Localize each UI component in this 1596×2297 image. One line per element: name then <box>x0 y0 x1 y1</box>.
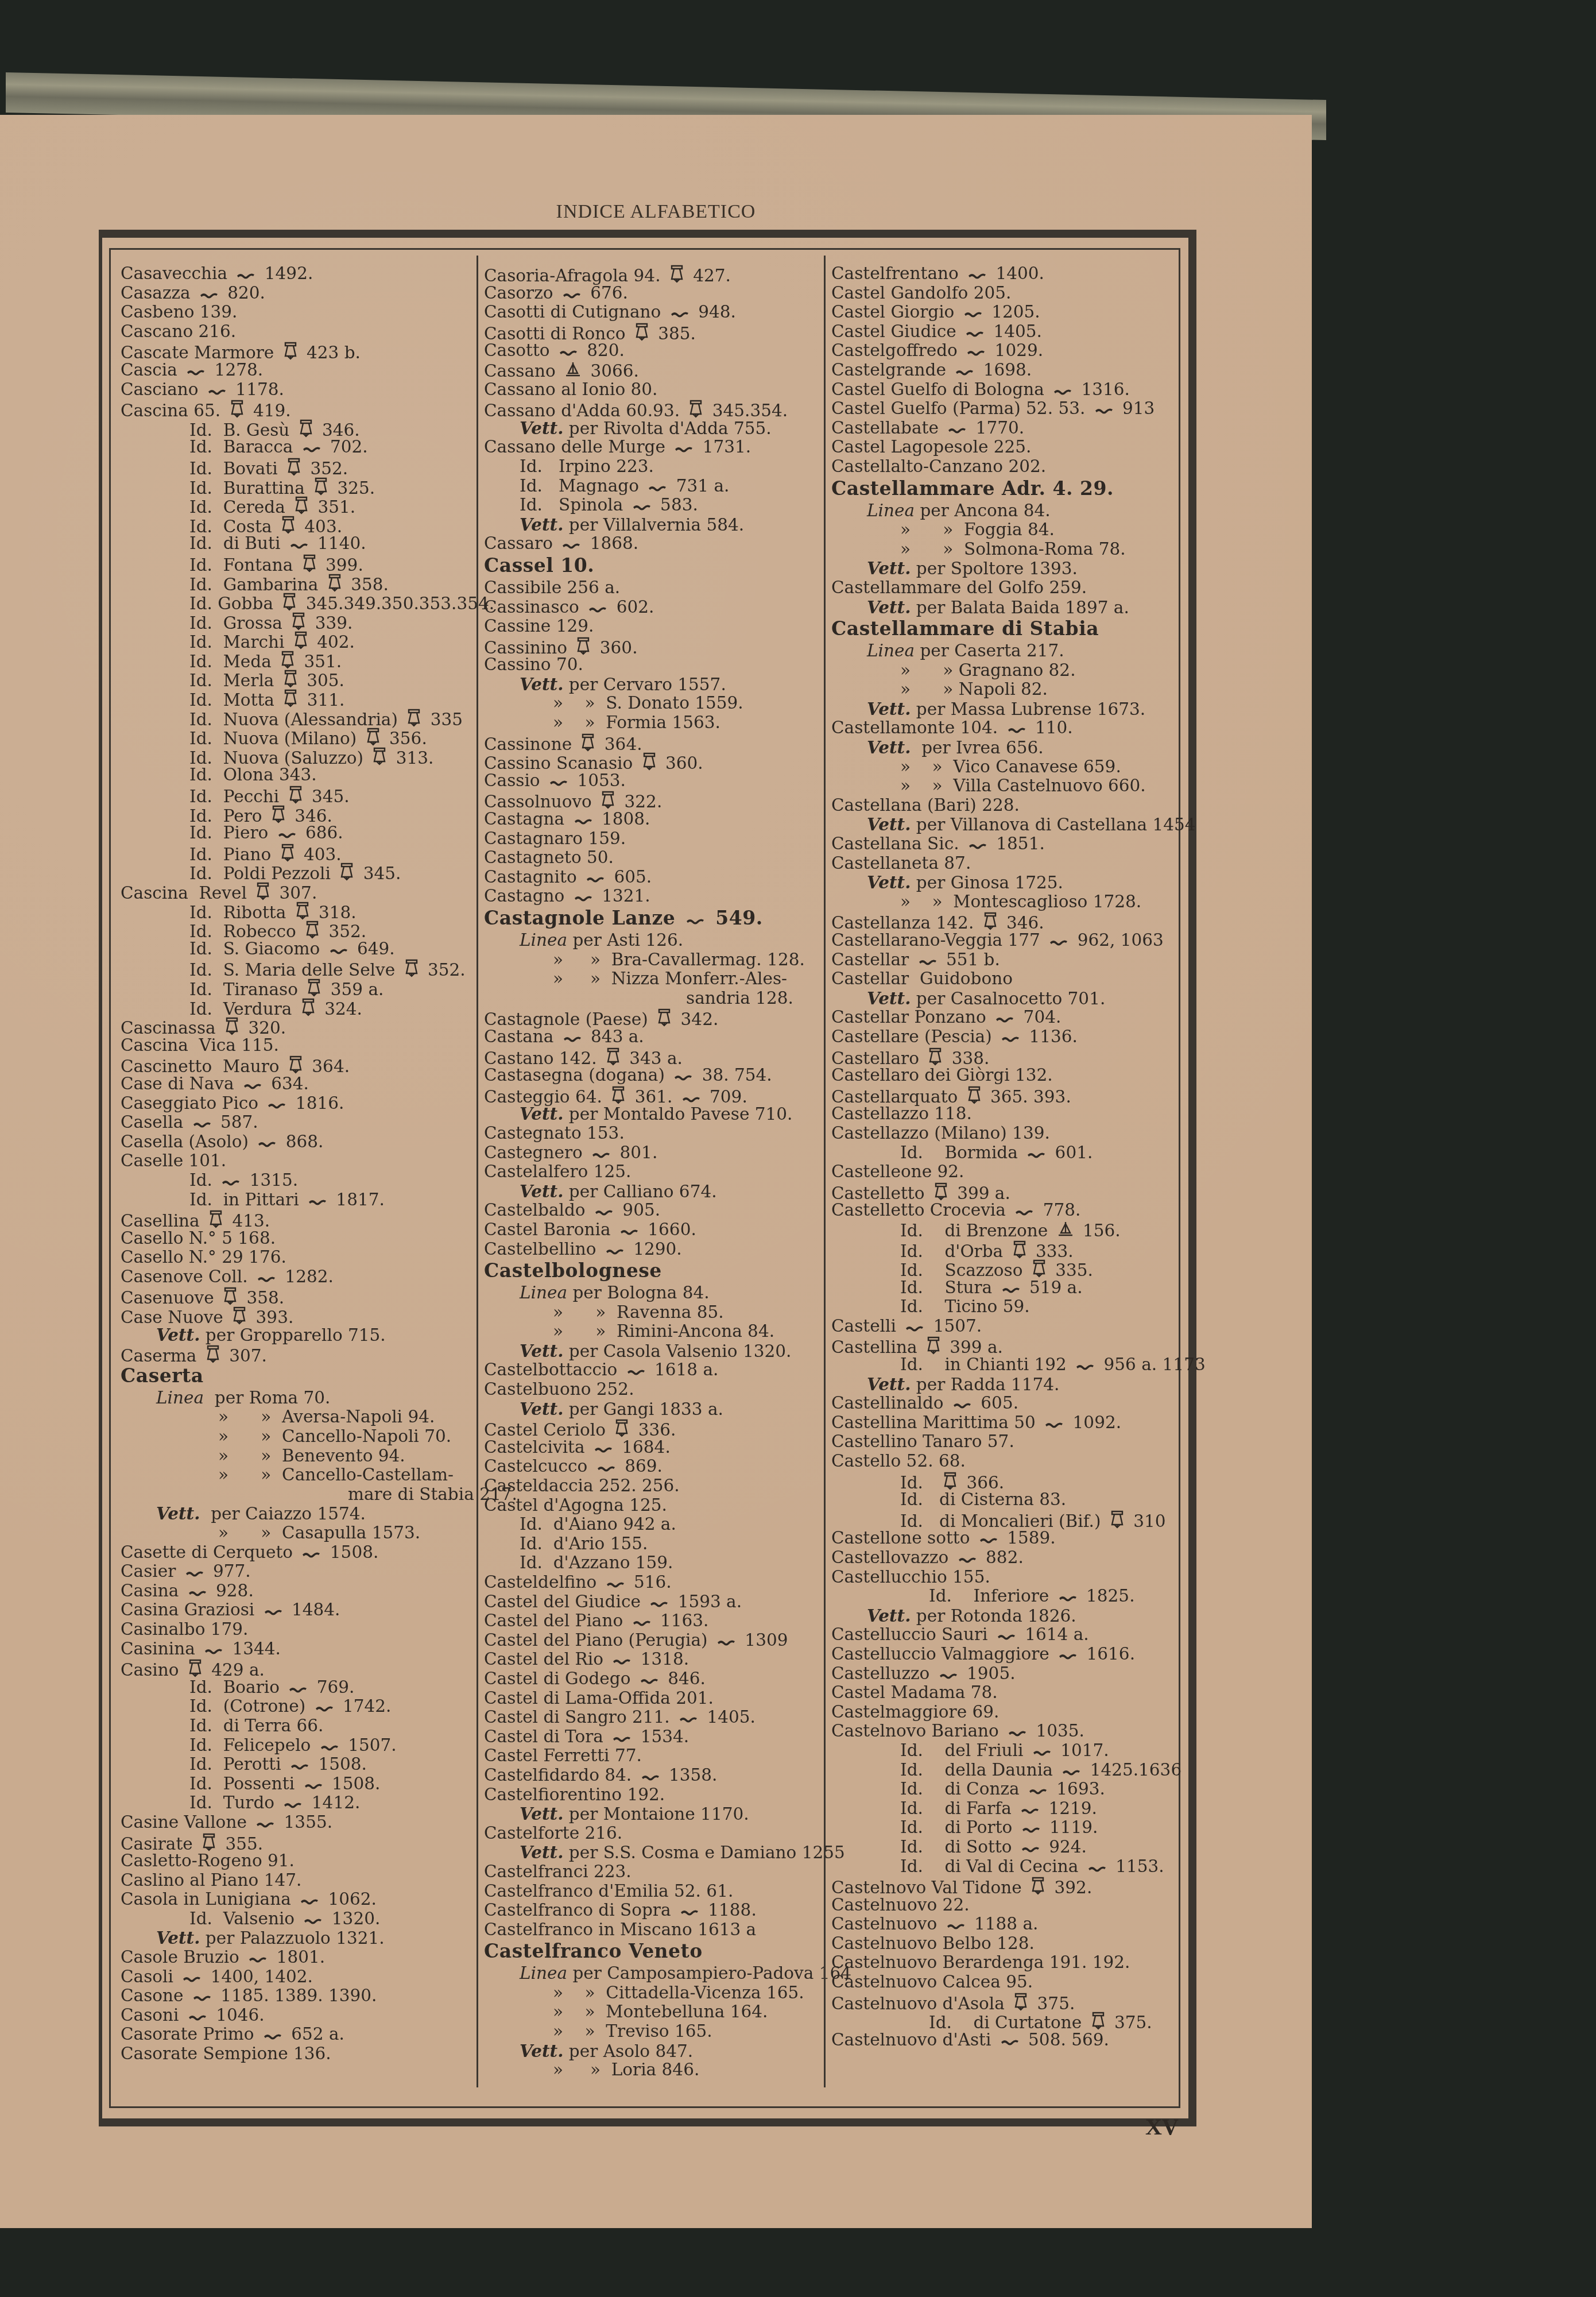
index-entry: Id. Grossa 339. <box>121 612 465 631</box>
index-entry: Id. d'Aiano 942 a. <box>484 1515 828 1534</box>
index-entry: Id. Gobba 345.349.350.353.354. <box>121 592 465 612</box>
index-entry: Casbeno 139. <box>121 303 465 322</box>
index-column-3: Castelfrentano 1400.Castel Gandolfo 205.… <box>824 256 1181 2087</box>
index-entry: Case di Nava 634. <box>121 1074 465 1094</box>
index-entry: Castellone sotto 1589. <box>831 1529 1181 1548</box>
boat-icon <box>207 382 227 402</box>
index-entry: Casorate Sempione 136. <box>121 2044 465 2064</box>
index-entry: Castel Baronia 1660. <box>484 1220 828 1240</box>
index-entry: Id. Nuova (Milano) 356. <box>121 727 465 747</box>
index-entry: Casone 1185. 1389. 1390. <box>121 1986 465 2006</box>
vett-label: Vett. <box>520 1399 563 1419</box>
index-entry: Id. (Cotrone) 1742. <box>121 1697 465 1716</box>
bell-icon <box>372 747 387 771</box>
index-entry: Vett. per Montaione 1170. <box>484 1804 828 1824</box>
index-entry: Caslino al Piano 147. <box>121 1871 465 1890</box>
boat-icon <box>963 305 983 324</box>
index-entry: Castelnuovo 22. <box>831 1896 1181 1915</box>
index-entry: Id. Spinola 583. <box>484 496 828 515</box>
boat-icon <box>308 1193 327 1212</box>
index-entry: Castelnuovo 1188 a. <box>831 1915 1181 1934</box>
index-entry: » » Foggia 84. <box>831 520 1181 540</box>
index-entry: » » Villa Castelnuovo 660. <box>831 776 1181 796</box>
index-entry: Vett. per Casalnocetto 701. <box>831 989 1181 1008</box>
index-entry: Cassinone 364. <box>484 733 828 752</box>
vett-label: Vett. <box>867 1374 911 1394</box>
index-entry: » » Cancello-Castellam- <box>121 1465 465 1485</box>
page-number: XV <box>1145 2113 1179 2140</box>
index-entry: Id. 366. <box>831 1471 1181 1491</box>
index-entry: Castelnuovo d'Asola 375. <box>831 1992 1181 2012</box>
boat-icon <box>561 536 581 556</box>
index-entry: Id. Valsenio 1320. <box>121 1909 465 1929</box>
index-entry: Vett. per Asolo 847. <box>484 2041 828 2061</box>
linea-label: Linea <box>156 1388 204 1407</box>
index-entry: Castasegna (dogana) 38. 754. <box>484 1066 828 1085</box>
vett-label: Vett. <box>867 1606 911 1626</box>
index-entry: » » Cancello-Napoli 70. <box>121 1427 465 1447</box>
index-entry: Castelli 1507. <box>831 1317 1181 1336</box>
boat-icon <box>995 1010 1014 1030</box>
index-entry: Castelcivita 1684. <box>484 1438 828 1457</box>
index-entry: Cassolnuovo 322. <box>484 790 828 810</box>
index-entry: Linea per Ancona 84. <box>831 501 1181 521</box>
index-entry: Id. B. Gesù 346. <box>121 419 465 438</box>
boat-icon <box>670 305 689 324</box>
index-entry: Vett. per Casola Valsenio 1320. <box>484 1341 828 1361</box>
index-entry: Casier 977. <box>121 1562 465 1581</box>
index-entry: Castellazzo (Milano) 139. <box>831 1124 1181 1143</box>
linea-label: Linea <box>520 930 567 950</box>
index-entry: » » Nizza Monferr.-Ales- <box>484 969 828 989</box>
bell-icon <box>1110 1510 1125 1534</box>
index-entry: » » Solmona-Roma 78. <box>831 540 1181 559</box>
index-entry: Case Nuove 393. <box>121 1306 465 1325</box>
index-entry: Cascina Vica 115. <box>121 1036 465 1055</box>
index-entry: Castellamonte 104. 110. <box>831 718 1181 738</box>
boat-icon <box>559 343 578 363</box>
index-entry: Castelbellino 1290. <box>484 1240 828 1259</box>
bell-icon <box>669 264 684 288</box>
index-entry: Castellaneta 87. <box>831 854 1181 873</box>
vett-label: Vett. <box>520 515 563 535</box>
boat-icon <box>257 1135 277 1154</box>
index-entry: Vett. per Rivolta d'Adda 755. <box>484 419 828 438</box>
index-entry: Casteldelfino 516. <box>484 1573 828 1592</box>
index-entry: Cassibile 256 a. <box>484 578 828 598</box>
boat-icon <box>563 1030 582 1049</box>
index-entry: Id. del Friuli 1017. <box>831 1741 1181 1761</box>
index-entry: Castel Ferretti 77. <box>484 1746 828 1766</box>
index-entry: Castellarano-Veggia 177 962, 1063 <box>831 931 1181 950</box>
index-entry: Castelcucco 869. <box>484 1457 828 1476</box>
index-entry: Cascinassa 320. <box>121 1016 465 1036</box>
boat-icon <box>192 1989 212 2008</box>
index-entry: Cascano 216. <box>121 322 465 342</box>
index-entry: Casole Bruzio 1801. <box>121 1948 465 1967</box>
index-entry: Vett. per Villalvernia 584. <box>484 515 828 535</box>
index-entry: Castelnuovo d'Asti 508. 569. <box>831 2031 1181 2050</box>
index-entry: Castagnaro 159. <box>484 829 828 849</box>
index-entry: Caserma 307. <box>121 1344 465 1364</box>
index-entry: Id. Irpino 223. <box>484 457 828 477</box>
boat-icon <box>1026 1146 1046 1165</box>
index-entry: Casello N.° 5 168. <box>121 1229 465 1248</box>
index-entry: Castellalto-Canzano 202. <box>831 457 1181 477</box>
index-entry: Casotti di Cutignano 948. <box>484 303 828 322</box>
index-entry: Linea per Camposampiero-Padova 164 <box>484 1964 828 1983</box>
index-entry: Id. d'Orba 333. <box>831 1240 1181 1259</box>
index-entry: » » Ravenna 85. <box>484 1303 828 1322</box>
index-entry: Castagneto 50. <box>484 848 828 868</box>
index-entry: Castana 843 a. <box>484 1027 828 1047</box>
index-entry: Casteggio 64. 361. 709. <box>484 1085 828 1105</box>
index-entry: mare di Stabia 217. <box>121 1485 465 1505</box>
index-entry: Id. Boario 769. <box>121 1678 465 1697</box>
index-entry: Castelluccio Valmaggiore 1616. <box>831 1645 1181 1664</box>
boat-icon <box>1001 1030 1020 1049</box>
running-title: INDICE ALFABETICO <box>0 201 1312 223</box>
boat-icon <box>301 1545 321 1565</box>
index-entry: Cascate Marmore 423 b. <box>121 341 465 361</box>
index-entry: Id. Piero 686. <box>121 823 465 843</box>
index-entry: Casina Graziosi 1484. <box>121 1600 465 1620</box>
index-entry: Castelbuono 252. <box>484 1380 828 1399</box>
index-entry: Cassano al Ionio 80. <box>484 380 828 400</box>
index-entry: Cassano d'Adda 60.93. 345.354. <box>484 399 828 419</box>
index-entry: Castel Guelfo di Bologna 1316. <box>831 380 1181 400</box>
boat-icon <box>905 1319 924 1339</box>
index-entry: » » Bra-Cavallermag. 128. <box>484 950 828 970</box>
index-entry: Id. Fontana 399. <box>121 554 465 573</box>
index-entry: Id. Scazzoso 335. <box>831 1259 1181 1278</box>
index-entry: Vett. per S.S. Cosma e Damiano 1255 <box>484 1843 828 1862</box>
index-entry: Cascina Revel 307. <box>121 881 465 901</box>
index-entry: Castellino Tanaro 57. <box>831 1432 1181 1452</box>
index-entry: Id. S. Maria delle Selve 352. <box>121 958 465 978</box>
index-entry: Castellar 551 b. <box>831 950 1181 970</box>
index-entry: » » Casapulla 1573. <box>121 1523 465 1543</box>
index-entry: Id. Perotti 1508. <box>121 1755 465 1774</box>
index-entry: » » S. Donato 1559. <box>484 694 828 713</box>
boat-icon <box>289 536 309 556</box>
index-entry: Id. della Daunia 1425.1636 <box>831 1761 1181 1780</box>
vett-label: Vett. <box>520 418 563 438</box>
boat-icon <box>1000 2033 1020 2052</box>
index-entry: Castellarquato 365. 393. <box>831 1085 1181 1105</box>
index-entry: Vett. per Caiazzo 1574. <box>121 1504 465 1523</box>
index-entry: Casina 928. <box>121 1581 465 1601</box>
index-entry: Cassano 3066. <box>484 361 828 380</box>
bell-icon <box>634 322 649 346</box>
index-entry: Casoria-Afragola 94. 427. <box>484 264 828 284</box>
index-entry: Cassinino 360. <box>484 636 828 656</box>
bell-icon <box>642 752 657 776</box>
index-entry: Casoni 1046. <box>121 2006 465 2025</box>
index-entry: Casinalbo 179. <box>121 1620 465 1639</box>
index-entry: Castagna 1808. <box>484 810 828 829</box>
index-entry: Id. Bovati 352. <box>121 457 465 477</box>
index-entry: Casletto-Rogeno 91. <box>121 1851 465 1871</box>
index-entry: Castelnuovo Berardenga 191. 192. <box>831 1953 1181 1973</box>
vett-label: Vett. <box>156 1503 200 1523</box>
index-entry: Cassaro 1868. <box>484 534 828 554</box>
linea-label: Linea <box>867 501 915 520</box>
index-entry: Casirate 355. <box>121 1832 465 1852</box>
index-heading: Castelfranco Veneto <box>484 1939 828 1964</box>
index-entry: Castellanza 142. 346. <box>831 911 1181 931</box>
boat-icon <box>574 889 593 908</box>
index-entry: Id. Marchi 402. <box>121 631 465 650</box>
index-entry: Cassano delle Murge 1731. <box>484 438 828 457</box>
boat-icon <box>277 826 297 845</box>
index-entry: Id. Meda 351. <box>121 650 465 670</box>
index-entry: Id. di Terra 66. <box>121 1716 465 1736</box>
index-entry: Id. d'Ario 155. <box>484 1534 828 1554</box>
index-entry: Vett. per Rotonda 1826. <box>831 1606 1181 1626</box>
vett-label: Vett. <box>867 597 911 617</box>
vett-label: Vett. <box>520 1104 563 1124</box>
index-entry: Castel Giorgio 1205. <box>831 303 1181 322</box>
index-entry: Castelfrentano 1400. <box>831 264 1181 284</box>
index-entry: » » Montebelluna 164. <box>484 2002 828 2022</box>
index-entry: Casotti di Ronco 385. <box>484 322 828 342</box>
vett-label: Vett. <box>520 1341 563 1361</box>
index-entry: Castello 52. 68. <box>831 1452 1181 1471</box>
index-entry: Castelmaggiore 69. <box>831 1703 1181 1722</box>
index-entry: Castelfidardo 84. 1358. <box>484 1766 828 1785</box>
index-heading: Caserta <box>121 1364 465 1389</box>
vett-label: Vett. <box>867 988 911 1008</box>
index-entry: Id. Olona 343. <box>121 765 465 785</box>
index-entry: Id. Magnago 731 a. <box>484 477 828 496</box>
index-entry: Id. di Porto 1119. <box>831 1818 1181 1838</box>
boat-icon <box>1094 401 1114 421</box>
index-entry: Casorate Primo 652 a. <box>121 2025 465 2044</box>
index-entry: » » Loria 846. <box>484 2060 828 2080</box>
index-entry: Casotto 820. <box>484 341 828 361</box>
index-entry: Casteldaccia 252. 256. <box>484 1476 828 1496</box>
index-entry: Castellaro 338. <box>831 1047 1181 1066</box>
index-entry: Castellaro dei Giòrgi 132. <box>831 1066 1181 1085</box>
index-entry: Id. di Conza 1693. <box>831 1780 1181 1799</box>
index-entry: Id. in Chianti 192 956 a. 1173 <box>831 1355 1181 1375</box>
index-entry: Casavecchia 1492. <box>121 264 465 284</box>
book-page: INDICE ALFABETICO Casavecchia 1492.Casaz… <box>0 115 1312 2228</box>
index-entry: Castelfiorentino 192. <box>484 1785 828 1805</box>
boat-icon <box>204 1642 223 1661</box>
vett-label: Vett. <box>867 558 911 578</box>
index-entry: Casenuove 358. <box>121 1286 465 1306</box>
index-entry: Castelfranci 223. <box>484 1862 828 1882</box>
index-entry: Castellina 399 a. <box>831 1336 1181 1355</box>
boat-icon <box>549 774 568 793</box>
index-entry: Castelgrande 1698. <box>831 361 1181 380</box>
index-entry: Id. Ribotta 318. <box>121 901 465 921</box>
index-entry: Vett. per Massa Lubrense 1673. <box>831 699 1181 719</box>
index-entry: » » Vico Canavese 659. <box>831 757 1181 777</box>
index-entry: Id. Motta 311. <box>121 689 465 708</box>
boat-icon <box>1058 1647 1078 1666</box>
index-entry: Castellare (Pescia) 1136. <box>831 1027 1181 1047</box>
vett-label: Vett. <box>867 699 911 719</box>
index-entry: Caselle 101. <box>121 1151 465 1171</box>
vett-label: Vett. <box>156 1928 200 1948</box>
boat-icon <box>255 1815 275 1835</box>
index-entry: » » Benevento 94. <box>121 1447 465 1466</box>
index-entry: Casine Vallone 1355. <box>121 1813 465 1832</box>
index-entry: Castel Guelfo (Parma) 52. 53. 913 <box>831 399 1181 419</box>
index-entry: » » Napoli 82. <box>831 680 1181 699</box>
index-entry: Id. Piano 403. <box>121 843 465 863</box>
index-entry: Casello N.° 29 176. <box>121 1248 465 1267</box>
boat-icon <box>1021 1820 1041 1840</box>
index-entry: Casella (Asolo) 868. <box>121 1132 465 1152</box>
index-entry: Castelgoffredo 1029. <box>831 341 1181 361</box>
boat-icon <box>1020 1801 1040 1821</box>
index-entry: » » Cittadella-Vicenza 165. <box>484 1983 828 2003</box>
index-entry: Id. Felicepelo 1507. <box>121 1736 465 1755</box>
boat-icon <box>1044 1416 1064 1435</box>
index-entry: Vett. per Ivrea 656. <box>831 738 1181 757</box>
index-entry: Castel del Piano 1163. <box>484 1611 828 1631</box>
index-entry: Castel d'Agogna 125. <box>484 1496 828 1515</box>
boat-icon <box>185 1564 204 1584</box>
index-entry: Id. Nuova (Alessandria) 335 <box>121 708 465 728</box>
index-entry: Castagnole (Paese) 342. <box>484 1008 828 1027</box>
index-entry: Vett. per Cervaro 1557. <box>484 675 828 694</box>
index-entry: Id. in Pittari 1817. <box>121 1190 465 1210</box>
vett-label: Vett. <box>867 737 911 757</box>
index-entry: Castel del Giudice 1593 a. <box>484 1592 828 1612</box>
index-entry: Castel di Sangro 211. 1405. <box>484 1708 828 1727</box>
boat-icon <box>300 1892 319 1912</box>
index-entry: Castelnuovo Belbo 128. <box>831 1934 1181 1954</box>
index-entry: Castel di Godego 846. <box>484 1669 828 1689</box>
index-entry: Castel Giudice 1405. <box>831 322 1181 342</box>
index-entry: Id. di Farfa 1219. <box>831 1799 1181 1819</box>
boat-icon <box>1058 1589 1078 1608</box>
index-entry: Vett. per Palazzuolo 1321. <box>121 1928 465 1948</box>
linea-label: Linea <box>520 1283 567 1302</box>
index-entry: Castagno 1321. <box>484 887 828 906</box>
index-entry: Cassine 129. <box>484 617 828 636</box>
index-entry: Id. Poldi Pezzoli 345. <box>121 862 465 881</box>
index-entry: Castelletto 399 a. <box>831 1182 1181 1201</box>
index-entry: Id. Baracca 702. <box>121 438 465 457</box>
index-entry: Castellabate 1770. <box>831 419 1181 438</box>
index-entry: » » Aversa-Napoli 94. <box>121 1407 465 1427</box>
index-entry: Castellana (Bari) 228. <box>831 796 1181 815</box>
index-entry: Castel Lagopesole 225. <box>831 438 1181 457</box>
index-entry: Castelforte 216. <box>484 1824 828 1843</box>
index-entry: Casinina 1344. <box>121 1639 465 1659</box>
index-entry: » » Gragnano 82. <box>831 661 1181 680</box>
index-entry: Castellar Guidobono <box>831 969 1181 989</box>
index-entry: Vett. per Villanova di Castellana 1454 <box>831 815 1181 834</box>
index-entry: Casola in Lunigiana 1062. <box>121 1890 465 1909</box>
index-entry: Castel Ceriolo 336. <box>484 1418 828 1438</box>
index-heading: Castagnole Lanze 549. <box>484 906 828 931</box>
linea-label: Linea <box>867 641 915 660</box>
index-entry: Linea per Asti 126. <box>484 931 828 950</box>
index-entry: Casenove Coll. 1282. <box>121 1267 465 1287</box>
bell-icon <box>657 1008 672 1032</box>
index-entry: Id. di Brenzone 156. <box>831 1220 1181 1240</box>
index-entry: Id. Merla 305. <box>121 669 465 689</box>
boat-icon <box>302 440 321 459</box>
index-entry: Id. Pecchi 345. <box>121 785 465 805</box>
index-entry: Castelluccio Sauri 1614 a. <box>831 1625 1181 1645</box>
index-entry: Cassinasco 602. <box>484 598 828 617</box>
index-entry: Linea per Roma 70. <box>121 1389 465 1408</box>
index-heading: Cassel 10. <box>484 554 828 578</box>
index-entry: Casino 429 a. <box>121 1658 465 1678</box>
index-entry: Id. di Val di Cecina 1153. <box>831 1857 1181 1877</box>
index-entry: Vett. per Calliano 674. <box>484 1182 828 1201</box>
index-entry: Casellina 413. <box>121 1209 465 1229</box>
index-entry: Id. d'Azzano 159. <box>484 1553 828 1573</box>
boat-icon <box>267 1096 286 1116</box>
index-column-1: Casavecchia 1492.Casazza 820.Casbeno 139… <box>121 264 465 2064</box>
index-entry: Id. Burattina 325. <box>121 477 465 496</box>
vett-label: Vett. <box>520 1804 563 1824</box>
index-entry: Casorzo 676. <box>484 284 828 303</box>
index-entry: Castelalfero 125. <box>484 1162 828 1182</box>
index-entry: Castel Gandolfo 205. <box>831 284 1181 303</box>
index-entry: Linea per Bologna 84. <box>484 1283 828 1303</box>
index-entry: Castellucchio 155. <box>831 1568 1181 1587</box>
index-entry: Id. Cereda 351. <box>121 496 465 515</box>
index-entry: » » Formia 1563. <box>484 713 828 733</box>
index-entry: Id. di Moncalieri (Bif.) 310 <box>831 1510 1181 1529</box>
boat-icon <box>605 1242 625 1262</box>
index-entry: Castelnovo Val Tidone 392. <box>831 1876 1181 1896</box>
index-entry: Castel di Tora 1534. <box>484 1727 828 1747</box>
index-entry: Castelfranco d'Emilia 52. 61. <box>484 1882 828 1901</box>
index-entry: Id. Stura 519 a. <box>831 1278 1181 1298</box>
index-entry: Id. S. Giacomo 649. <box>121 939 465 959</box>
index-entry: Vett. per Spoltore 1393. <box>831 559 1181 578</box>
index-entry: Castellovazzo 882. <box>831 1548 1181 1568</box>
index-entry: Castellinaldo 605. <box>831 1394 1181 1413</box>
index-entry: » » Treviso 165. <box>484 2022 828 2041</box>
boat-icon <box>965 324 985 344</box>
boat-icon <box>968 837 987 856</box>
index-entry: Casciano 1178. <box>121 380 465 400</box>
index-entry: Castelfranco in Miscano 1613 a <box>484 1920 828 1940</box>
vett-label: Vett. <box>520 1181 563 1201</box>
index-entry: Cassino Scanasio 360. <box>484 752 828 771</box>
index-entry: Id. Pero 346. <box>121 805 465 824</box>
boat-icon <box>1087 1859 1107 1879</box>
bell-icon <box>404 958 419 983</box>
index-entry: Castel Madama 78. <box>831 1683 1181 1703</box>
vett-label: Vett. <box>520 674 563 694</box>
bell-icon <box>339 862 354 886</box>
index-entry: Castellana Sic. 1851. <box>831 834 1181 854</box>
linea-label: Linea <box>520 1963 567 1983</box>
index-entry: Id. di Curtatone 375. <box>831 2011 1181 2031</box>
index-column-2: Casoria-Afragola 94. 427.Casorzo 676.Cas… <box>477 256 828 2087</box>
index-entry: Vett. per Gropparello 715. <box>121 1325 465 1345</box>
index-entry: Castelfranco di Sopra 1188. <box>484 1901 828 1920</box>
index-entry: Castelnuovo Calcea 95. <box>831 1973 1181 1992</box>
boat-icon <box>329 942 348 961</box>
index-entry: Id. Robecco 352. <box>121 920 465 939</box>
vett-label: Vett. <box>156 1325 200 1345</box>
index-entry: Castelbottaccio 1618 a. <box>484 1360 828 1380</box>
